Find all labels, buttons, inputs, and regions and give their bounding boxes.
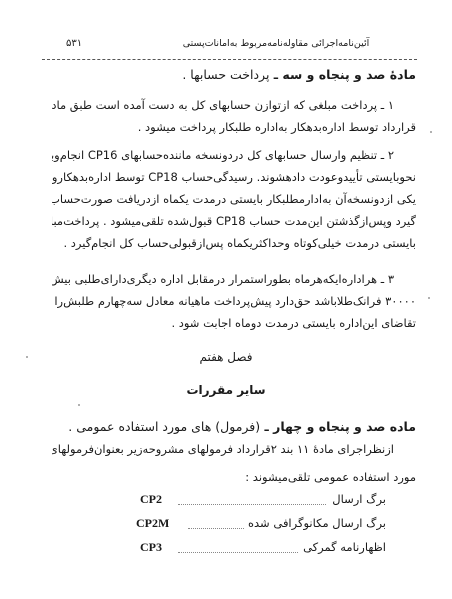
text-line: ازنظراجرای مادهٔ ۱۱ بند ۲قرارداد فرمولها… [52, 438, 416, 460]
article-154-subtitle: (فرمول) های مورد استفاده عمومی . [68, 419, 260, 434]
scan-speck [26, 356, 28, 358]
scan-speck [78, 404, 80, 406]
article-154-heading: ماده صد و پنجاه و چهار ـ (فرمول) های مور… [52, 416, 416, 438]
text-line: ۳۰۰۰۰ فرانک‌طلاباشد حق‌دارد پیش‌پرداخت م… [52, 290, 416, 312]
form-list-item: اظهارنامه گمرکی CP3 [140, 540, 386, 564]
text-line: مورد استفاده عمومی تلقی‌میشوند : [245, 470, 416, 484]
article-154-intro: ازنظراجرای مادهٔ ۱۱ بند ۲قرارداد فرمولها… [52, 438, 416, 460]
text-line: قرارداد توسط اداره‌بدهکار به‌اداره طلبکا… [52, 116, 416, 138]
article-153-heading-label: مادهٔ صد و پنجاه و سه ـ [274, 67, 416, 82]
form-label: برگ ارسال [328, 492, 386, 506]
text-line: گیرد وپس‌ازگذشتن این‌مدت حساب CP18 قبول‌… [52, 210, 416, 232]
form-list-item: برگ ارسال مکانوگرافی شده CP2M [140, 516, 386, 540]
form-code: CP2 [140, 492, 164, 507]
text-line: نحوبایستی تأییدوعودت دادهشوند. رسیدگی‌حس… [52, 166, 416, 188]
page-number: ۵۳۱ [66, 38, 82, 49]
scanned-document-page: آئین‌نامه‌اجرائی مقاوله‌نامه‌مربوط به‌ام… [0, 0, 452, 599]
header-divider [42, 59, 417, 60]
article-153-heading: مادهٔ صد و پنجاه و سه ـ پرداخت حسابها . [52, 64, 416, 86]
text-line: بایستی درمدت خیلی‌کوتاه وحداکثریکماه پس‌… [52, 232, 416, 254]
dot-leader [178, 504, 326, 505]
text-line: ۱ ـ پرداخت مبلغی که ازتوازن حسابهای کل ب… [52, 94, 416, 116]
article-154-intro-continued: مورد استفاده عمومی تلقی‌میشوند : [90, 466, 416, 488]
forms-list: برگ ارسال CP2 برگ ارسال مکانوگرافی شده C… [140, 492, 386, 564]
form-label: اظهارنامه گمرکی [299, 540, 386, 554]
scan-speck [430, 131, 432, 133]
form-list-item: برگ ارسال CP2 [140, 492, 386, 516]
text-line: تقاضای این‌اداره بایستی درمدت دوماه اجاب… [52, 312, 416, 334]
running-header-title: آئین‌نامه‌اجرائی مقاوله‌نامه‌مربوط به‌ام… [136, 38, 416, 49]
text-line: یکی ازدونسخه‌آن به‌ادارمطلبکار بایستی در… [52, 188, 416, 210]
article-153-subtitle: پرداخت حسابها . [182, 67, 269, 82]
form-code: CP2M [136, 516, 171, 531]
chapter-subtitle: سایر مقررات [0, 383, 452, 397]
text-line: ۲ ـ تنظیم وارسال حسابهای کل دردونسخه مان… [52, 144, 416, 166]
running-header: آئین‌نامه‌اجرائی مقاوله‌نامه‌مربوط به‌ام… [66, 38, 416, 54]
article-153-clause-3: ۳ ـ هراداره‌ایکه‌هرماه بطوراستمرار درمقا… [52, 268, 416, 334]
article-153-clause-2: ۲ ـ تنظیم وارسال حسابهای کل دردونسخه مان… [52, 144, 416, 254]
scan-speck [428, 297, 430, 299]
form-label: برگ ارسال مکانوگرافی شده [244, 516, 386, 530]
article-154-heading-label: ماده صد و پنجاه و چهار ـ [265, 419, 416, 434]
form-code: CP3 [140, 540, 164, 555]
text-line: ۳ ـ هراداره‌ایکه‌هرماه بطوراستمرار درمقا… [52, 268, 416, 290]
article-153-clause-1: ۱ ـ پرداخت مبلغی که ازتوازن حسابهای کل ب… [52, 94, 416, 138]
chapter-title: فصل هفتم [0, 350, 452, 364]
